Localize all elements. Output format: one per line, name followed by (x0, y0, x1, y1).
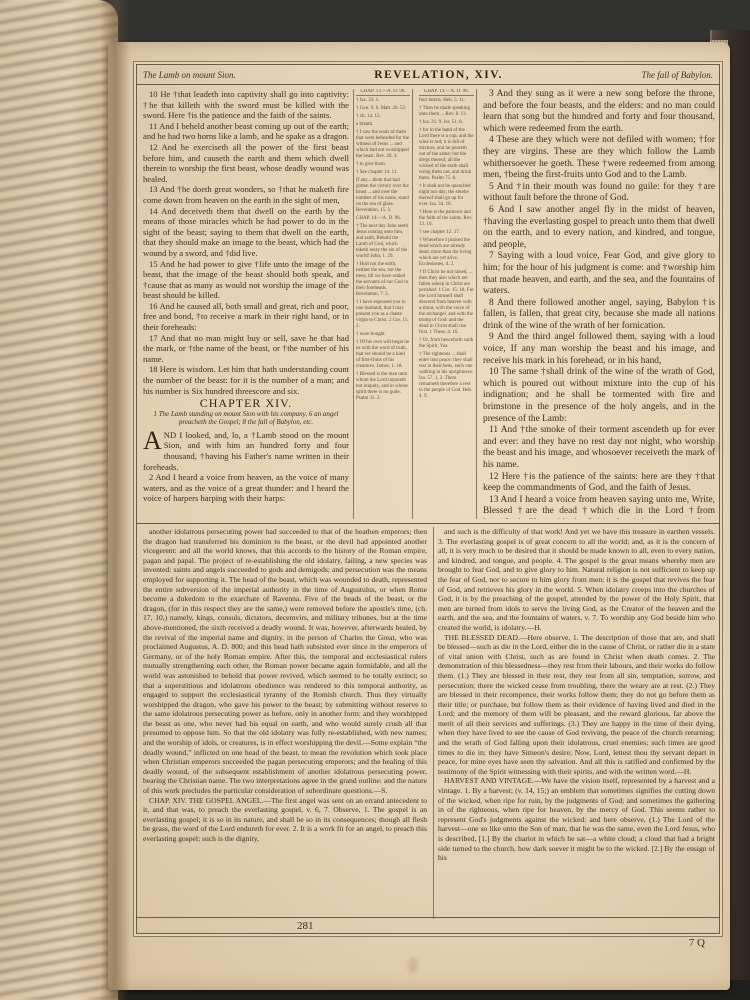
reference: † Or, from henceforth saith the Spirit, … (419, 338, 474, 350)
commentary-paragraph: another idolatrous persecuting power had… (143, 527, 427, 796)
running-head-right: The fall of Babylon. (642, 70, 714, 80)
verse: 8 And there followed another angel, sayi… (483, 298, 715, 333)
verse: 17 And that no man might buy or sell, sa… (143, 333, 349, 365)
reference: † Here is the patience and the faith of … (419, 210, 474, 228)
reference: † The righteous ... shall enter into pea… (419, 352, 474, 400)
chapter-summary: 1 The Lamb standing on mount Sion with h… (143, 410, 349, 427)
foxing-stain (408, 957, 418, 973)
verse: 10 The same †shall drink of the wine of … (483, 367, 715, 425)
reference: † If Christ be not raised, ... then they… (419, 270, 474, 336)
right-page: The Lamb on mount Sion. REVELATION, XIV.… (108, 42, 730, 990)
verse: 11 And †the smoke of their torment ascen… (483, 425, 715, 471)
commentary-column-left: another idolatrous persecuting power had… (143, 527, 427, 919)
verse: 14 And deceiveth them that dwell on the … (143, 206, 349, 259)
reference: † Wherefore I praised the dead which are… (419, 238, 474, 268)
reference: If any... them that had gotten the victo… (356, 178, 410, 214)
verse: 13 And †he doeth great wonders, so †that… (143, 184, 349, 205)
reference: † to give them. (356, 162, 410, 168)
reference: † I have espoused you to one husband, th… (356, 300, 410, 330)
verse: 9 And the third angel followed them, say… (483, 332, 715, 367)
reference: † Gen. 9. 6. Matt. 26. 52. (356, 106, 410, 112)
book-chapter-title: REVELATION, XIV. (374, 69, 503, 81)
verse: 15 And he had power to give †life unto t… (143, 259, 349, 301)
reference: † ch. 14. 12. (356, 114, 410, 120)
verse-one: AND I looked, and, lo, a †Lamb stood on … (143, 430, 349, 472)
commentary-paragraph: HARVEST AND VINTAGE.—We have the vision … (438, 776, 715, 862)
reference: † Isa. 21. 9. Jer. 51. 8. (419, 120, 474, 126)
verse: 4 These are they which were not defiled … (483, 135, 715, 181)
verse: 2 And I heard a voice from heaven, as th… (143, 472, 349, 504)
verse: 12 And he exerciseth all the power of th… (143, 142, 349, 184)
verse: 13 And I heard a voice from heaven sayin… (483, 495, 715, 519)
commentary-paragraph: and such is the difficulty of that work!… (438, 527, 715, 633)
reference: CHAP. 14.—A. D. 96. (356, 216, 410, 222)
page-number: 281 (297, 920, 314, 932)
reference: a breath. (356, 122, 410, 128)
reference-header: CHAP. 14.—A. D. 96. (419, 89, 474, 96)
cross-references-column-b: CHAP. 14.—A. D. 96. four beasts. Heb. 5.… (417, 89, 477, 519)
verse: 11 And I beheld another beast coming up … (143, 121, 349, 142)
reference: four beasts. Heb. 5. 11. (419, 98, 474, 104)
frame-inner-bottom-rule (137, 917, 719, 918)
verse: 16 And he caused all, both small and gre… (143, 301, 349, 333)
verse: 5 And †in their mouth was found no guile… (483, 182, 715, 205)
reference: † The next day John seeth Jesus coming u… (356, 224, 410, 260)
running-head-left: The Lamb on mount Sion. (143, 70, 236, 80)
commentary-paragraph: THE BLESSED DEAD.—Here observe, 1. The d… (438, 633, 715, 777)
reference: † were bought. (356, 332, 410, 338)
reference: † see chapter 12. 17. (419, 230, 474, 236)
reference: † Hurt not the earth, neither the sea, n… (356, 262, 410, 298)
reference: † I saw the souls of them that were behe… (356, 130, 410, 160)
cross-references-column-a: CHAP. 13.—A. D. 96. † Isa. 33. 1. † Gen.… (353, 89, 413, 519)
drop-cap: A (143, 430, 162, 452)
running-head: The Lamb on mount Sion. REVELATION, XIV.… (137, 65, 719, 85)
verse: 12 Here †is the patience of the saints: … (483, 472, 715, 495)
reference: † for in the hand of the Lord there is a… (419, 128, 474, 182)
reference: † It shall not be quenched night nor day… (419, 184, 474, 208)
reference: † Then he made speaking unto them ... Re… (419, 106, 474, 118)
reference: † See chapter 14. 11. (356, 170, 410, 176)
verse-one-text: ND I looked, and, lo, a †Lamb stood on t… (143, 430, 349, 472)
reference: † Of his own will begat he us with the w… (356, 340, 410, 370)
verse: 10 He †that leadeth into captivity shall… (143, 89, 349, 121)
reference: † Blessed is the man unto whom the Lord … (356, 372, 410, 402)
page-frame: The Lamb on mount Sion. REVELATION, XIV.… (136, 64, 720, 934)
reference: † Isa. 33. 1. (356, 98, 410, 104)
reference-header: CHAP. 13.—A. D. 96. (356, 89, 410, 96)
verse: 18 Here is wisdom. Let him that hath und… (143, 364, 349, 396)
scripture-column-right: 3 And they sung as it were a new song be… (483, 89, 715, 519)
verse: 6 And I saw another angel fly in the mid… (483, 205, 715, 251)
signature-mark: 7 Q (689, 937, 705, 949)
commentary-divider (137, 523, 719, 524)
commentary-column-right: and such is the difficulty of that work!… (433, 527, 715, 919)
chapter-heading: CHAPTER XIV. (143, 398, 349, 409)
commentary-paragraph: CHAP. XIV. THE GOSPEL ANGEL.—The first a… (143, 796, 427, 844)
verse: 3 And they sung as it were a new song be… (483, 89, 715, 135)
gutter-shadow (100, 0, 130, 1000)
verse: 7 Saying with a loud voice, Fear God, an… (483, 251, 715, 297)
scripture-column-left: 10 He †that leadeth into captivity shall… (143, 89, 349, 519)
